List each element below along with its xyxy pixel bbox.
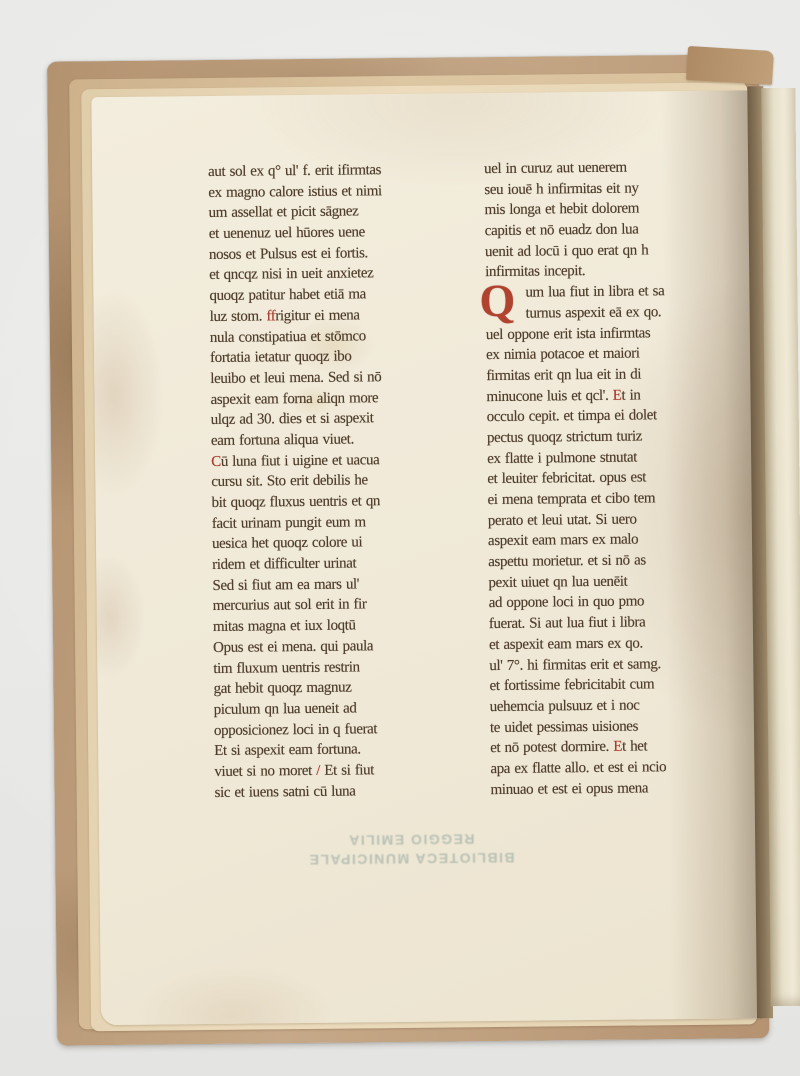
manuscript-line: uesica het quoqz colore ui xyxy=(212,532,464,555)
manuscript-line: bit quoqz fluxus uentris et qn xyxy=(211,490,463,513)
manuscript-line: ul' 7°. hi firmitas erit et samg. xyxy=(489,653,741,676)
manuscript-line: aspexit eam mars ex malo xyxy=(488,529,740,552)
manuscript-line: mercurius aut sol erit in fir xyxy=(213,594,465,617)
manuscript-line: aspettu morietur. et si nō as xyxy=(488,550,740,573)
manuscript-line: uel oppone erit ista infirmtas xyxy=(486,322,738,345)
manuscript-line: opposicionez loci in q fuerat xyxy=(214,718,466,741)
left-text-column: aut sol ex q° ul' f. erit ifirmtasex mag… xyxy=(208,159,467,803)
manuscript-line: eam fortuna aliqua viuet. xyxy=(211,428,463,451)
manuscript-line: uel in curuz aut uenerem xyxy=(484,156,736,179)
manuscript-line: Et si aspexit eam fortuna. xyxy=(214,739,466,762)
manuscript-line: firmitas erit qn lua eit in di xyxy=(486,363,738,386)
manuscript-line: fuerat. Si aut lua fiut i libra xyxy=(489,612,741,635)
rubric-initial-q: Q xyxy=(479,280,523,324)
photo-background: aut sol ex q° ul' f. erit ifirmtasex mag… xyxy=(0,0,800,1076)
library-stamp-showthrough: BIBLIOTECA MUNICIPALE REGGIO EMILIA xyxy=(299,829,523,869)
rubric-mark: / xyxy=(316,763,320,779)
manuscript-book: aut sol ex q° ul' f. erit ifirmtasex mag… xyxy=(0,0,800,1076)
left-page-parchment: aut sol ex q° ul' f. erit ifirmtasex mag… xyxy=(91,90,763,1025)
manuscript-line: mis longa et hebit dolorem xyxy=(484,198,736,221)
manuscript-line: ex flatte i pulmone stnutat xyxy=(487,446,739,469)
manuscript-line: et uenenuz uel hūores uene xyxy=(209,221,461,244)
manuscript-line: ridem et difficulter urinat xyxy=(212,552,464,575)
manuscript-line: uenit ad locū i quo erat qn h xyxy=(485,239,737,262)
cover-top-right-corner xyxy=(686,46,774,85)
manuscript-line: perato et leui utat. Si uero xyxy=(488,508,740,531)
manuscript-line: quoqz patitur habet etiā ma xyxy=(209,283,461,306)
rubric-mark: C xyxy=(211,453,221,469)
manuscript-line: nosos et Pulsus est ei fortis. xyxy=(209,242,461,265)
manuscript-line: fortatia ietatur quoqz ibo xyxy=(210,346,462,369)
manuscript-line: tim fluxum uentris restrin xyxy=(213,656,465,679)
rubric-mark: ff xyxy=(266,308,275,324)
manuscript-line: seu iouē h infirmitas eit ny xyxy=(484,177,736,200)
right-text-column: Q uel in curuz aut ueneremseu iouē h inf… xyxy=(484,156,743,800)
manuscript-line: um assellat et picit sāgnez xyxy=(208,201,460,224)
rubric-mark: E xyxy=(613,387,622,403)
manuscript-line: et nō potest dormire. Et het xyxy=(490,736,742,759)
manuscript-line: et aspexit eam mars ex qo. xyxy=(489,632,741,655)
manuscript-line: et leuiter febricitat. opus est xyxy=(487,467,739,490)
manuscript-line: aut sol ex q° ul' f. erit ifirmtas xyxy=(208,159,460,182)
manuscript-line: apa ex flatte allo. et est ei ncio xyxy=(490,756,742,779)
manuscript-line: Cū luna fiut i uigine et uacua xyxy=(211,449,463,472)
manuscript-line: cursu sit. Sto erit debilis he xyxy=(211,470,463,493)
manuscript-line: minuao et est ei opus mena xyxy=(491,777,743,800)
manuscript-line: pexit uiuet qn lua uenēit xyxy=(488,570,740,593)
manuscript-line: sic et iuens satni cū luna xyxy=(215,780,467,803)
manuscript-line: facit urinam pungit eum m xyxy=(212,511,464,534)
manuscript-line: mitas magna et iux loqtū xyxy=(213,614,465,637)
stamp-line-2: REGGIO EMILIA xyxy=(299,829,523,850)
manuscript-line: capitis et nō euadz don lua xyxy=(485,219,737,242)
manuscript-line: ex magno calore istius et nimi xyxy=(208,180,460,203)
manuscript-line: luz stom. ffrigitur ei mena xyxy=(210,304,462,327)
manuscript-line: viuet si no moret / Et si fiut xyxy=(214,759,466,782)
manuscript-line: nula constipatiua et stōmco xyxy=(210,325,462,348)
manuscript-line: ei mena temprata et cibo tem xyxy=(487,487,739,510)
text-block: aut sol ex q° ul' f. erit ifirmtasex mag… xyxy=(208,156,743,803)
manuscript-line: et qncqz nisi in ueit anxietez xyxy=(209,263,461,286)
manuscript-line: minucone luis et qcl'. Et in xyxy=(486,384,738,407)
manuscript-line: Opus est ei mena. qui paula xyxy=(213,635,465,658)
manuscript-line: aspexit eam forna aliqn more xyxy=(210,387,462,410)
rubric-mark: E xyxy=(613,739,622,755)
manuscript-line: leuibo et leui mena. Sed si nō xyxy=(210,366,462,389)
manuscript-line: te uidet pessimas uisiones xyxy=(490,715,742,738)
manuscript-line: pectus quoqz strictum turiz xyxy=(487,425,739,448)
manuscript-line: et fortissime febricitabit cum xyxy=(489,674,741,697)
manuscript-line: Sed si fiut am ea mars ul' xyxy=(212,573,464,596)
manuscript-line: uehemcia pulsuuz et i noc xyxy=(490,694,742,717)
manuscript-line: ad oppone loci in quo pmo xyxy=(489,591,741,614)
manuscript-line: piculum qn lua ueneit ad xyxy=(214,697,466,720)
manuscript-line: ulqz ad 30. dies et si aspexit xyxy=(211,408,463,431)
manuscript-line: occulo cepit. et timpa ei dolet xyxy=(487,405,739,428)
manuscript-line: ex nimia potacoe et maiori xyxy=(486,343,738,366)
stamp-line-1: BIBLIOTECA MUNICIPALE xyxy=(299,848,523,869)
manuscript-line: gat hebit quoqz magnuz xyxy=(213,677,465,700)
